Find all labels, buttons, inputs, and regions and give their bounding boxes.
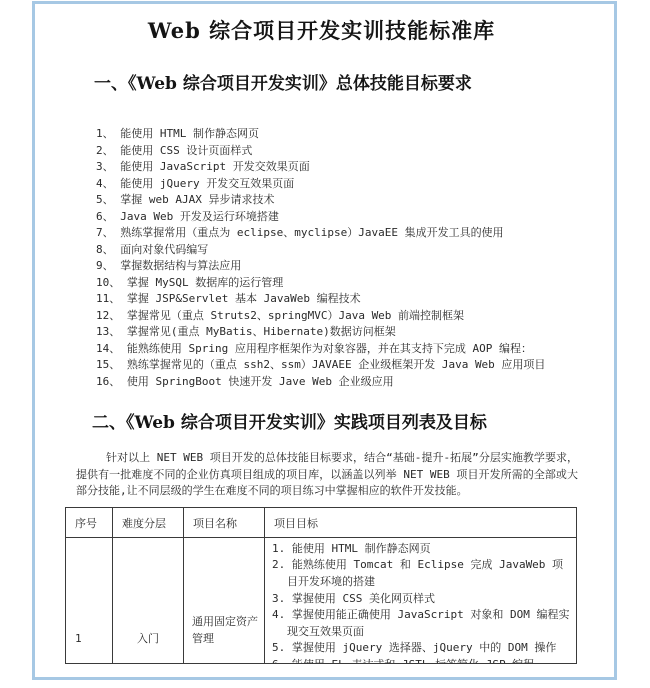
section1-heading: 一、《Web 综合项目开发实训》总体技能目标要求: [94, 73, 578, 95]
col-header-project: 项目名称: [184, 507, 265, 537]
col-header-level: 难度分层: [113, 507, 184, 537]
list-item: 8、 面向对象代码编写: [96, 242, 578, 259]
list-item: 10、 掌握 MySQL 数据库的运行管理: [96, 275, 578, 292]
section2-heading: 二、《Web 综合项目开发实训》实践项目列表及目标: [92, 412, 578, 434]
list-item: 14、 能熟练使用 Spring 应用程序框架作为对象容器，并在其支持下完成 A…: [96, 341, 578, 358]
cell-project-goals: 1. 能使用 HTML 制作静态网页 2. 能熟练使用 Tomcat 和 Ecl…: [265, 537, 577, 663]
goals-list: 1. 能使用 HTML 制作静态网页 2. 能熟练使用 Tomcat 和 Ecl…: [272, 541, 572, 663]
cell-project-name: 通用固定资产管理: [184, 537, 265, 663]
document-page: Web 综合项目开发实训技能标准库 一、《Web 综合项目开发实训》总体技能目标…: [32, 1, 617, 680]
projects-table: 序号 难度分层 项目名称 项目目标 1 入门 通用固定资产管理 1. 能使用 H…: [65, 507, 577, 664]
skill-list: 1、 能使用 HTML 制作静态网页 2、 能使用 CSS 设计页面样式 3、 …: [96, 126, 578, 390]
col-header-goals: 项目目标: [265, 507, 577, 537]
goal-line: 1. 能使用 HTML 制作静态网页: [272, 541, 572, 558]
list-item: 2、 能使用 CSS 设计页面样式: [96, 143, 578, 160]
list-item: 12、 掌握常见（重点 Struts2、springMVC）Java Web 前…: [96, 308, 578, 325]
goal-line: 2. 能熟练使用 Tomcat 和 Eclipse 完成 JavaWeb 项目开…: [272, 557, 572, 590]
list-item: 9、 掌握数据结构与算法应用: [96, 258, 578, 275]
col-header-no: 序号: [66, 507, 113, 537]
page-content: Web 综合项目开发实训技能标准库 一、《Web 综合项目开发实训》总体技能目标…: [35, 4, 614, 664]
list-item: 13、 掌握常见(重点 MyBatis、Hibernate)数据访问框架: [96, 324, 578, 341]
list-item: 1、 能使用 HTML 制作静态网页: [96, 126, 578, 143]
list-item: 15、 熟练掌握常见的（重点 ssh2、ssm）JAVAEE 企业级框架开发 J…: [96, 357, 578, 374]
list-item: 6、 Java Web 开发及运行环境搭建: [96, 209, 578, 226]
goal-line: 6. 能使用 EL 表达式和 JSTL 标签简化 JSP 编程: [272, 657, 572, 663]
intro-paragraph: 针对以上 NET WEB 项目开发的总体技能目标要求，结合“基础-提升-拓展”分…: [76, 450, 578, 500]
list-item: 11、 掌握 JSP&Servlet 基本 JavaWeb 编程技术: [96, 291, 578, 308]
list-item: 7、 熟练掌握常用（重点为 eclipse、myclipse）JavaEE 集成…: [96, 225, 578, 242]
list-item: 3、 能使用 JavaScript 开发交效果页面: [96, 159, 578, 176]
goal-line: 5. 掌握使用 jQuery 选择器、jQuery 中的 DOM 操作: [272, 640, 572, 657]
table-row: 1 入门 通用固定资产管理 1. 能使用 HTML 制作静态网页 2. 能熟练使…: [66, 537, 577, 663]
goal-line: 4. 掌握使用能正确使用 JavaScript 对象和 DOM 编程实现交互效果…: [272, 607, 572, 640]
document-title: Web 综合项目开发实训技能标准库: [65, 17, 578, 44]
list-item: 4、 能使用 jQuery 开发交互效果页面: [96, 176, 578, 193]
goal-line: 3. 掌握使用 CSS 美化网页样式: [272, 591, 572, 608]
list-item: 16、 使用 SpringBoot 快速开发 Jave Web 企业级应用: [96, 374, 578, 391]
list-item: 5、 掌握 web AJAX 异步请求技术: [96, 192, 578, 209]
cell-row-no: 1: [66, 537, 113, 663]
table-header-row: 序号 难度分层 项目名称 项目目标: [66, 507, 577, 537]
cell-difficulty-level: 入门: [113, 537, 184, 663]
